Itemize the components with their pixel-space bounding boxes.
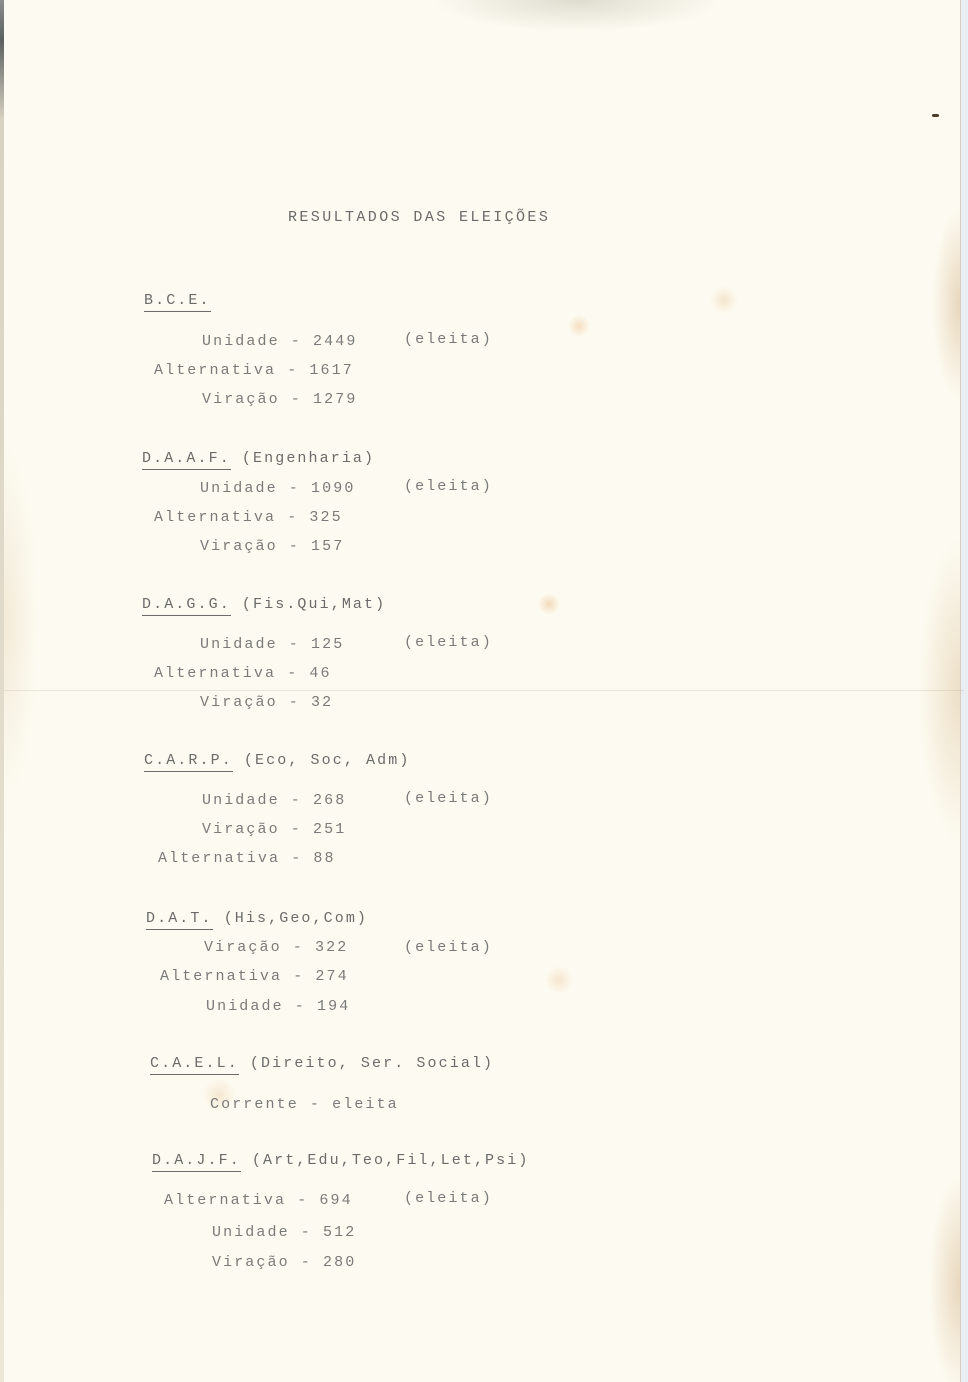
slate-votes: Alternativa - 325: [154, 509, 343, 526]
organization-abbreviation: D.A.A.F.: [142, 450, 231, 470]
slate-votes: Viração - 32: [200, 694, 333, 711]
organization-abbreviation: D.A.G.G.: [142, 596, 231, 616]
elected-note: (eleita): [404, 478, 493, 495]
result-row: Viração - 322: [204, 939, 348, 956]
ink-speck: [932, 114, 939, 117]
document-title: RESULTADOS DAS ELEIÇÕES: [288, 209, 550, 226]
slate-votes: Alternativa - 274: [160, 968, 349, 985]
section-heading: B.C.E.: [144, 292, 211, 309]
courses-subtitle: (Eco, Soc, Adm): [233, 752, 411, 769]
result-row: Unidade - 1090: [200, 480, 355, 497]
organization-abbreviation: C.A.E.L.: [150, 1055, 239, 1075]
section-heading: C.A.E.L. (Direito, Ser. Social): [150, 1055, 494, 1072]
result-row: Alternativa - 46: [154, 665, 332, 682]
slate-votes: Unidade - 268: [202, 792, 346, 809]
elected-note: (eleita): [404, 331, 493, 348]
result-row: Alternativa - 694: [164, 1192, 353, 1209]
result-row: Unidade - 512: [212, 1224, 356, 1241]
section-heading: C.A.R.P. (Eco, Soc, Adm): [144, 752, 410, 769]
courses-subtitle: (Direito, Ser. Social): [239, 1055, 494, 1072]
elected-note: (eleita): [404, 1190, 493, 1207]
courses-subtitle: (Art,Edu,Teo,Fil,Let,Psi): [241, 1152, 530, 1169]
result-row: Alternativa - 1617: [154, 362, 354, 379]
slate-votes: Unidade - 512: [212, 1224, 356, 1241]
slate-votes: Alternativa - 1617: [154, 362, 354, 379]
organization-abbreviation: B.C.E.: [144, 292, 211, 312]
slate-votes: Alternativa - 88: [158, 850, 336, 867]
organization-abbreviation: D.A.T.: [146, 910, 213, 930]
section-heading: D.A.J.F. (Art,Edu,Teo,Fil,Let,Psi): [152, 1152, 529, 1169]
organization-abbreviation: D.A.J.F.: [152, 1152, 241, 1172]
result-row: Unidade - 194: [206, 998, 350, 1015]
result-row: Unidade - 268: [202, 792, 346, 809]
result-row: Viração - 280: [212, 1254, 356, 1271]
paper-fold-line: [4, 690, 964, 691]
slate-votes: Unidade - 2449: [202, 333, 357, 350]
result-row: Alternativa - 325: [154, 509, 343, 526]
result-row: Viração - 157: [200, 538, 344, 555]
courses-subtitle: (His,Geo,Com): [213, 910, 368, 927]
slate-votes: Viração - 280: [212, 1254, 356, 1271]
slate-votes: Viração - 322: [204, 939, 348, 956]
result-row: Alternativa - 274: [160, 968, 349, 985]
section-heading: D.A.G.G. (Fis.Qui,Mat): [142, 596, 386, 613]
result-row: Corrente - eleita: [210, 1096, 399, 1113]
elected-note: (eleita): [404, 634, 493, 651]
document-page: RESULTADOS DAS ELEIÇÕES B.C.E.Unidade - …: [4, 0, 961, 1382]
result-row: Unidade - 2449: [202, 333, 357, 350]
slate-votes: Unidade - 194: [206, 998, 350, 1015]
result-row: Viração - 1279: [202, 391, 357, 408]
result-row: Viração - 32: [200, 694, 333, 711]
result-row: Viração - 251: [202, 821, 346, 838]
section-heading: D.A.T. (His,Geo,Com): [146, 910, 368, 927]
courses-subtitle: (Engenharia): [231, 450, 375, 467]
slate-votes: Viração - 251: [202, 821, 346, 838]
slate-votes: Unidade - 1090: [200, 480, 355, 497]
slate-votes: Unidade - 125: [200, 636, 344, 653]
organization-abbreviation: C.A.R.P.: [144, 752, 233, 772]
result-row: Alternativa - 88: [158, 850, 336, 867]
result-row: Unidade - 125: [200, 636, 344, 653]
slate-votes: Alternativa - 46: [154, 665, 332, 682]
courses-subtitle: (Fis.Qui,Mat): [231, 596, 386, 613]
slate-votes: Viração - 157: [200, 538, 344, 555]
slate-votes: Viração - 1279: [202, 391, 357, 408]
slate-votes: Alternativa - 694: [164, 1192, 353, 1209]
slate-votes: Corrente - eleita: [210, 1096, 399, 1113]
elected-note: (eleita): [404, 939, 493, 956]
elected-note: (eleita): [404, 790, 493, 807]
section-heading: D.A.A.F. (Engenharia): [142, 450, 375, 467]
